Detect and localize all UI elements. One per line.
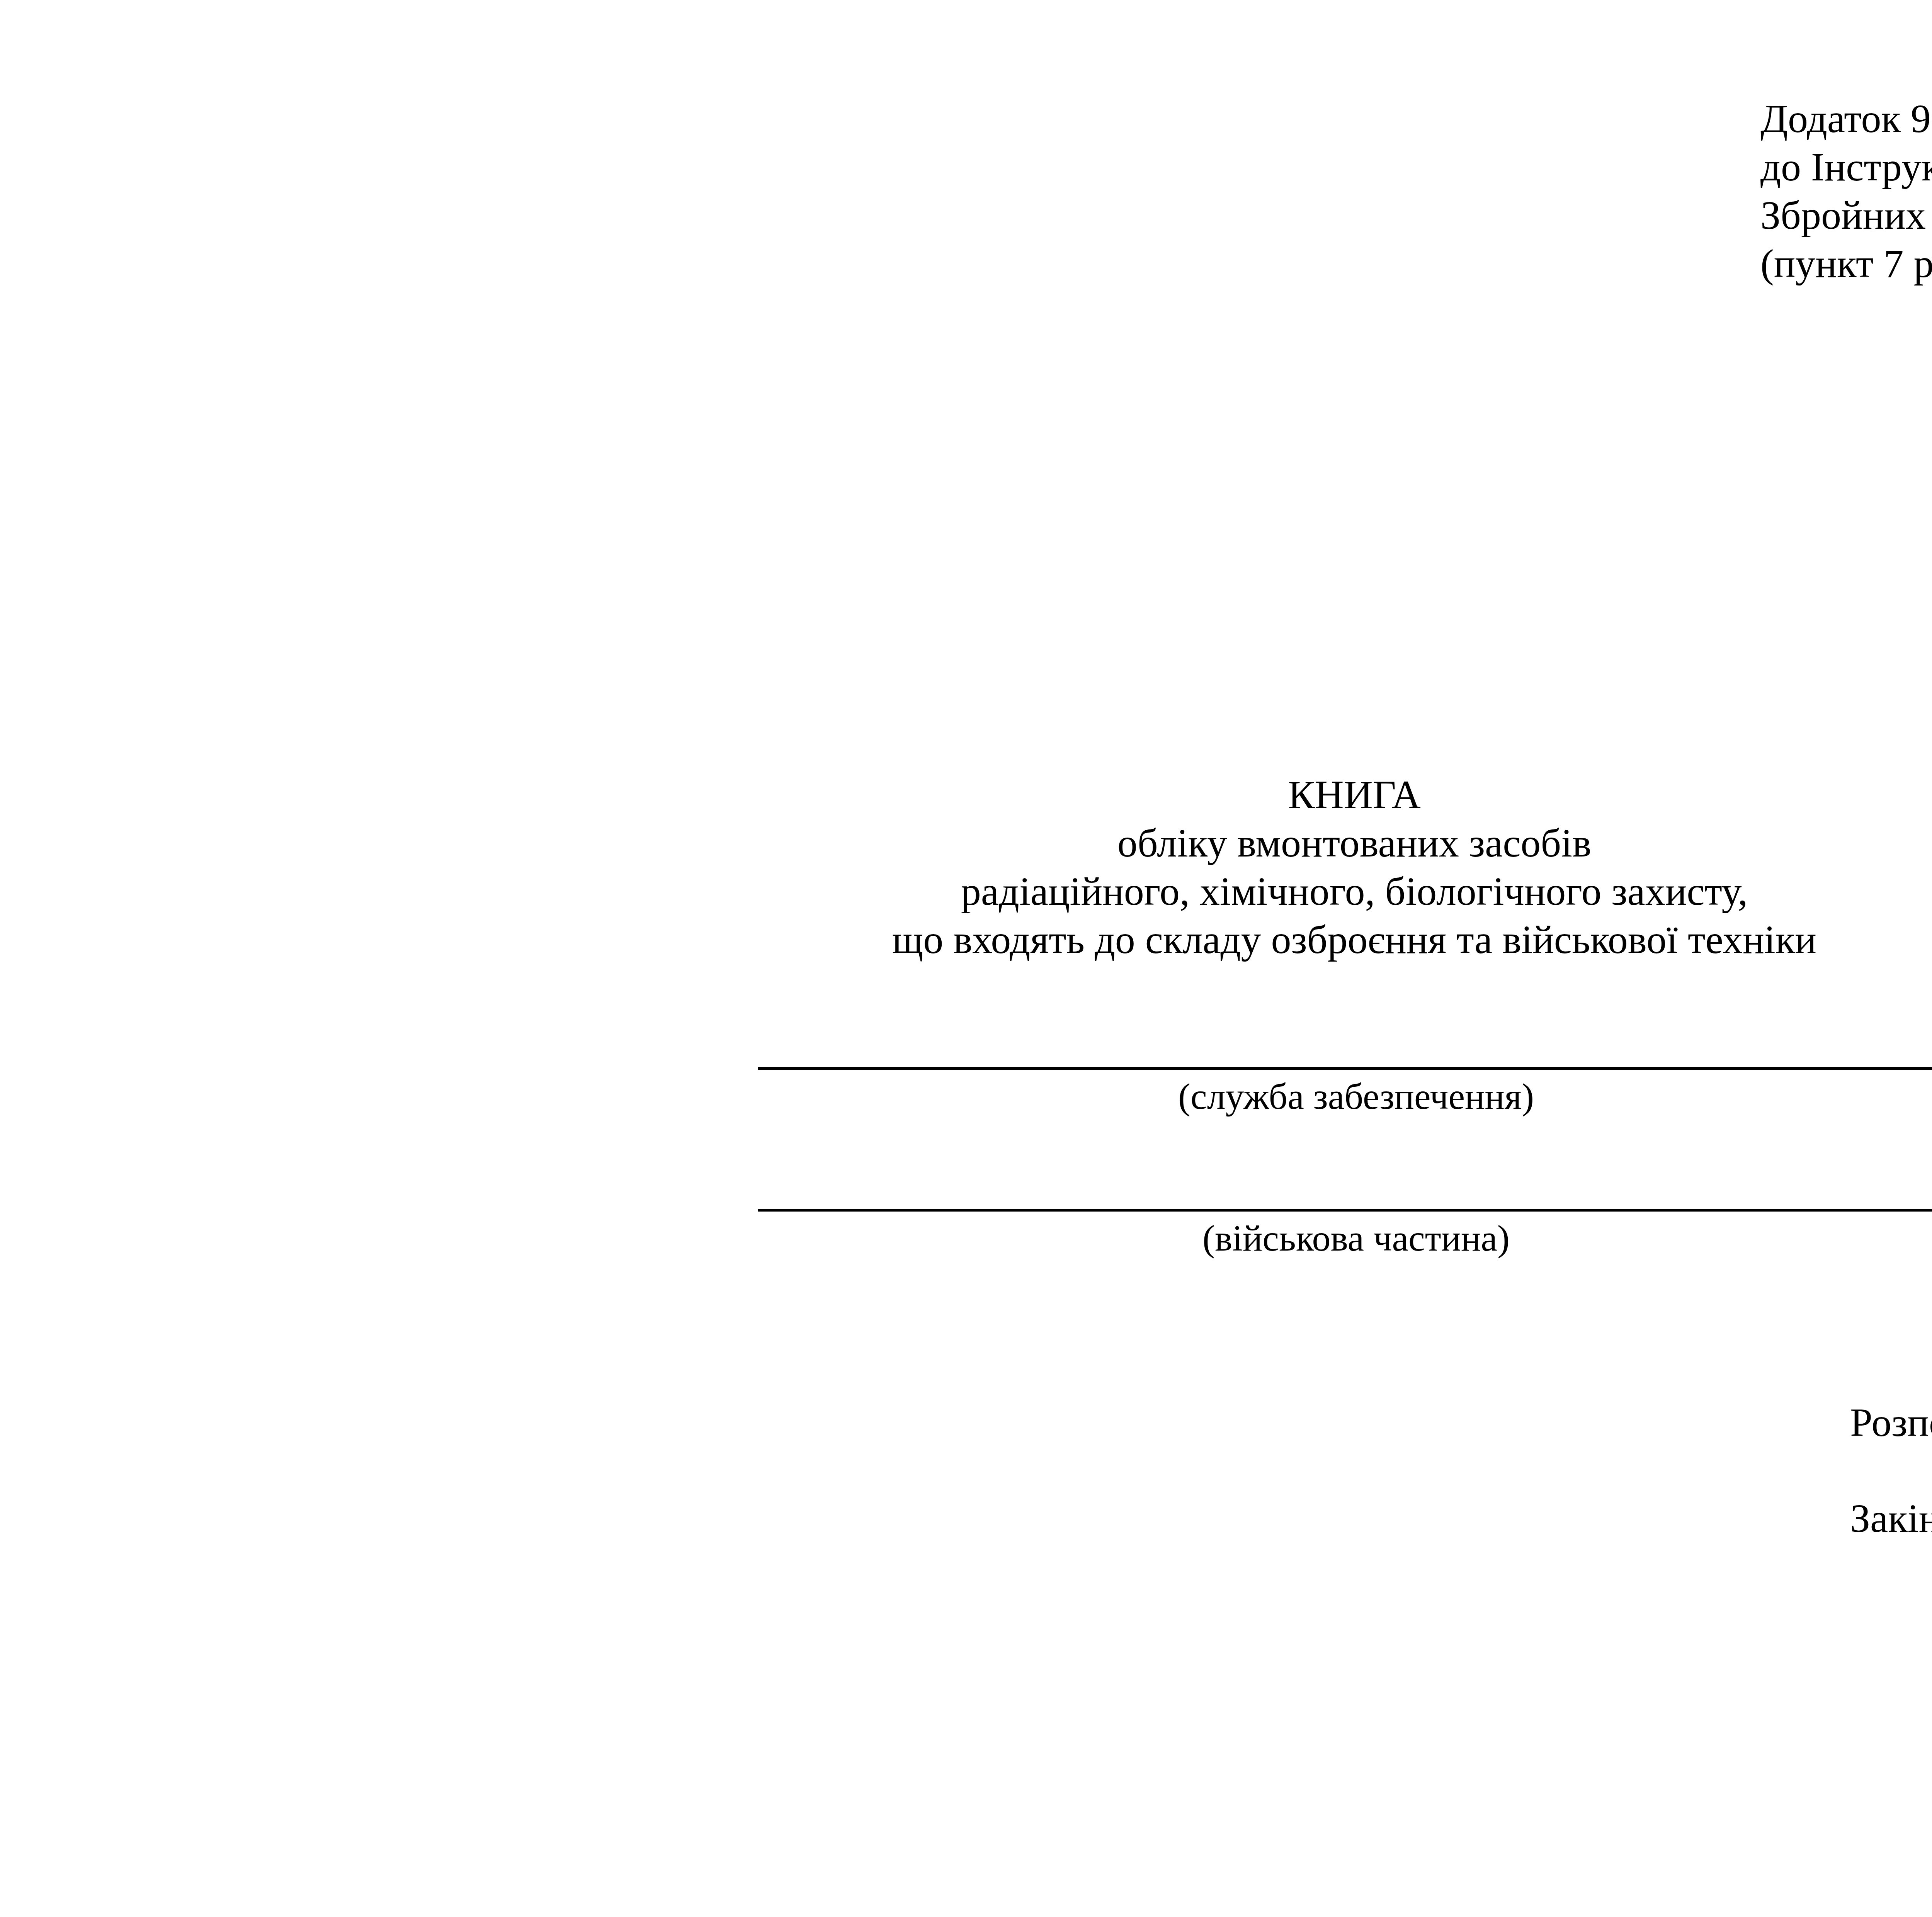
appendix-number: Додаток 96: [1760, 95, 1932, 143]
service-fill-line[interactable]: [758, 1067, 1932, 1070]
unit-fill-line[interactable]: [758, 1209, 1932, 1212]
service-caption: (служба забезпечення): [758, 1074, 1932, 1118]
document-title: КНИГА обліку вмонтованих засобів радіаці…: [773, 771, 1932, 964]
document-page: Додаток 96 до Інструкції з обліку військ…: [0, 0, 1932, 1917]
appendix-clause: (пункт 7 розділу XXII): [1760, 240, 1932, 288]
unit-caption: (військова частина): [758, 1216, 1932, 1260]
title-heading: КНИГА: [773, 771, 1932, 819]
finished-date-field[interactable]: Закінчено “___”_________ 20__ року: [1850, 1494, 1932, 1543]
appendix-header: Додаток 96 до Інструкції з обліку військ…: [1760, 95, 1932, 288]
appendix-reference-cont: Збройних Силах України: [1760, 191, 1932, 240]
title-subline-1: обліку вмонтованих засобів: [773, 819, 1932, 867]
title-subline-2: радіаційного, хімічного, біологічного за…: [773, 867, 1932, 916]
started-date-field[interactable]: Розпочато “___”________ 20__ року: [1850, 1399, 1932, 1447]
appendix-reference: до Інструкції з обліку військового майна…: [1760, 143, 1932, 191]
title-subline-3: що входять до складу озброєння та військ…: [773, 916, 1932, 964]
